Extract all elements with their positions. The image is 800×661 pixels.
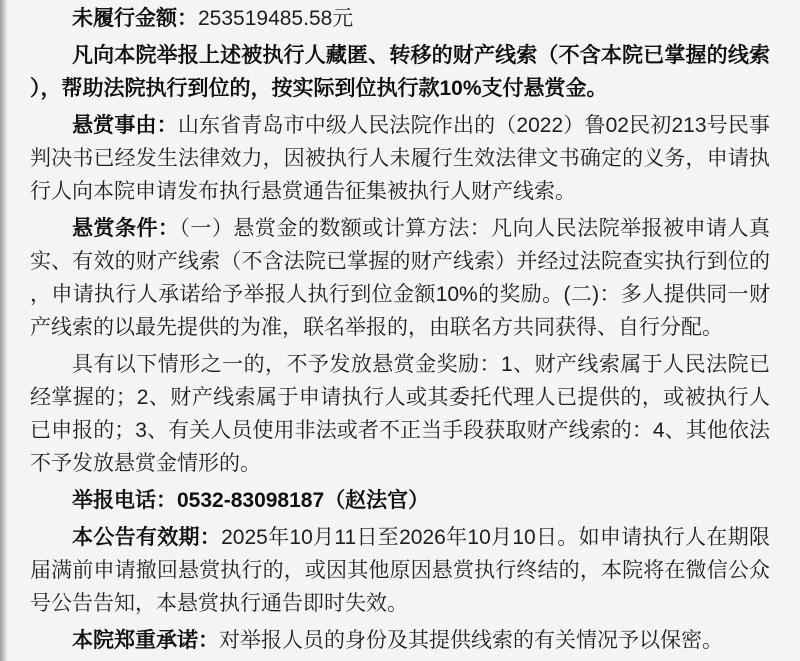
- report-phone-label: 举报电话：: [72, 489, 177, 512]
- paragraph-report-phone: 举报电话：0532-83098187（赵法官）: [30, 484, 770, 517]
- paragraph-confidentiality-promise: 本院郑重承诺：对举报人员的身份及其提供线索的有关情况予以保密。: [30, 624, 770, 657]
- unpaid-amount-label: 未履行金额：: [72, 7, 198, 30]
- notice-document: 未履行金额：253519485.58元 凡向本院举报上述被执行人藏匿、转移的财产…: [0, 0, 800, 657]
- paragraph-reward-statement: 凡向本院举报上述被执行人藏匿、转移的财产线索（不含本院已掌握的线索），帮助法院执…: [30, 39, 770, 105]
- reward-conditions-label: 悬赏条件：: [72, 217, 179, 240]
- reward-reason-label: 悬赏事由：: [72, 114, 178, 137]
- reward-statement-text: 凡向本院举报上述被执行人藏匿、转移的财产线索（不含本院已掌握的线索），帮助法院执…: [30, 44, 770, 100]
- paragraph-reward-conditions: 悬赏条件：（一）悬赏金的数额或计算方法：凡向人民法院举报被申请人真实、有效的财产…: [30, 212, 770, 344]
- report-phone-value: 0532-83098187（赵法官）: [177, 489, 429, 512]
- unpaid-amount-value: 253519485.58元: [198, 7, 353, 30]
- paragraph-exclusions: 具有以下情形之一的，不予发放悬赏金奖励：1、财产线索属于人民法院已经掌握的；2、…: [30, 348, 770, 480]
- validity-period-label: 本公告有效期：: [72, 526, 221, 549]
- confidentiality-promise-label: 本院郑重承诺：: [72, 629, 219, 652]
- confidentiality-promise-text: 对举报人员的身份及其提供线索的有关情况予以保密。: [219, 629, 723, 652]
- paragraph-reward-reason: 悬赏事由：山东省青岛市中级人民法院作出的（2022）鲁02民初213号民事判决书…: [30, 109, 770, 208]
- notice-page: { "page": { "background_color": "#f3f4f6…: [0, 0, 800, 661]
- paragraph-unpaid-amount: 未履行金额：253519485.58元: [30, 2, 770, 35]
- paragraph-validity-period: 本公告有效期：2025年10月11日至2026年10月10日。如申请执行人在期限…: [30, 521, 770, 620]
- exclusions-text: 具有以下情形之一的，不予发放悬赏金奖励：1、财产线索属于人民法院已经掌握的；2、…: [30, 353, 770, 475]
